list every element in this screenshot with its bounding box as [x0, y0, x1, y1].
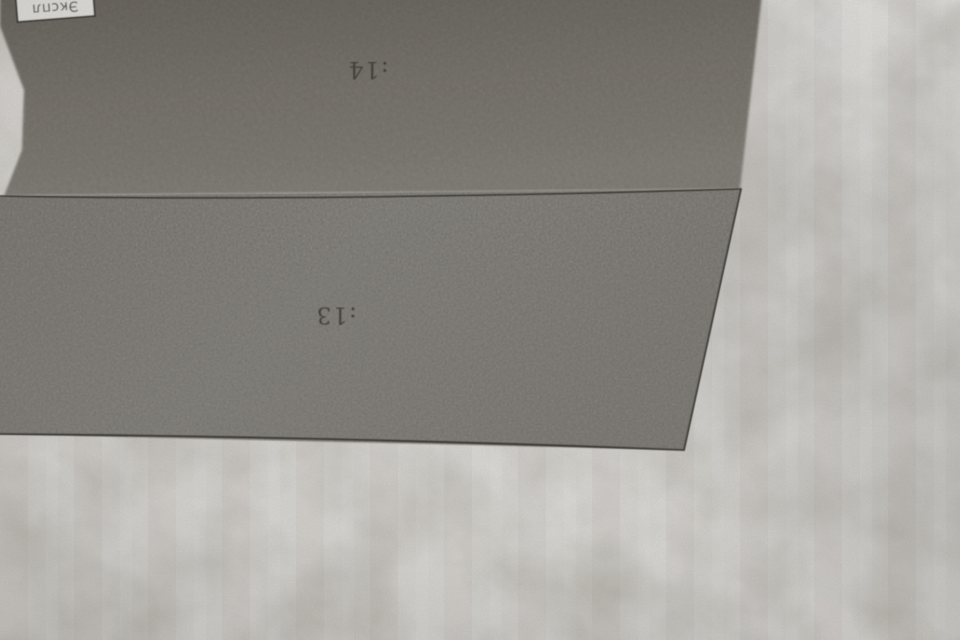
scanned-plan-photo: :14 :13 Экспл: [0, 0, 960, 640]
plan-canvas: :14 :13 Экспл: [0, 0, 960, 640]
photo-grain: [0, 0, 960, 640]
